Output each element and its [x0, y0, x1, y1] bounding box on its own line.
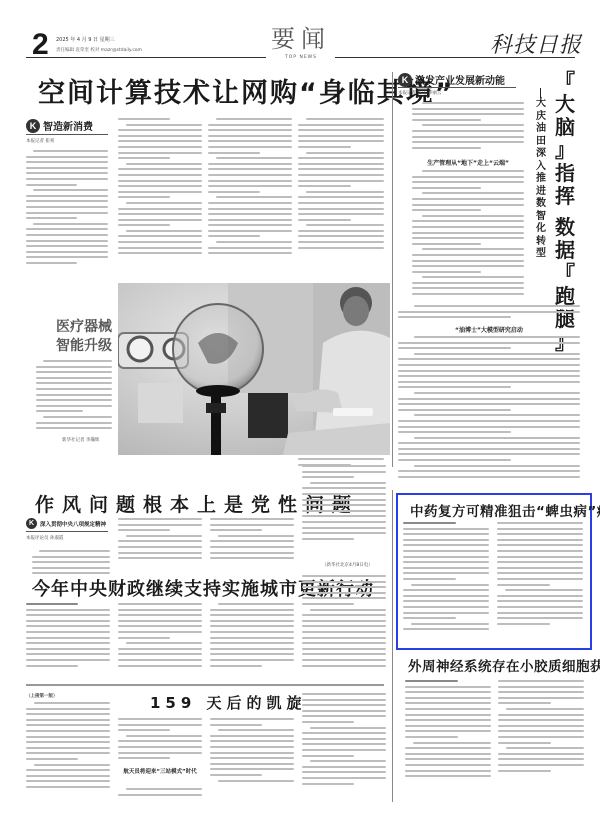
badge-underline [26, 134, 108, 135]
masthead-rule-left [26, 57, 266, 58]
return-text-col-4 [302, 693, 386, 801]
vertical-subheadline: 大 庆 油 田 深 入 推 进 数 智 化 转 型 [534, 98, 548, 261]
conduct-footer: （新华社北京4月8日电） [322, 562, 373, 568]
fiscal-text-col-1 [26, 603, 110, 675]
right-text-block-2 [412, 170, 524, 305]
return-headline[interactable]: 159 天后的凯旋 [150, 692, 307, 713]
fiscal-text-col-2 [118, 603, 202, 675]
neuro-headline[interactable]: 外周神经系统存在小胶质细胞获证实 [408, 655, 600, 675]
neuro-text-col-2 [498, 680, 584, 802]
lead-text-col-4 [298, 118, 384, 278]
continued-label: （上接第一版） [26, 693, 58, 699]
k-logo-icon: K [398, 73, 412, 87]
lead-byline: 本报记者 崔爽 [26, 138, 54, 144]
lead-badge-label: 智造新消费 [43, 118, 93, 133]
k-logo-icon: K [26, 119, 40, 133]
lead-text-col-1 [26, 150, 108, 275]
side-medical-text [36, 360, 112, 440]
column-divider [392, 490, 393, 802]
tcm-text-col-2 [497, 522, 583, 646]
right-text-block-3 [398, 305, 580, 327]
editor-line: 责任编辑 袁荣奎 校对 mazr@stdaily.com [56, 47, 142, 53]
section-title: 要闻 [266, 24, 336, 54]
badge-underline [398, 87, 516, 88]
right-byline: 本报记者 陈诺 李丽云 [398, 90, 441, 96]
badge-underline [26, 531, 108, 532]
return-text-col-2 [118, 718, 202, 763]
k-logo-icon: K [26, 518, 37, 529]
section-subtitle: TOP NEWS [266, 55, 336, 60]
conduct-byline: 本报评论员 孙淑霞 [26, 535, 63, 541]
section-divider [26, 684, 384, 686]
side-medical-title-line2: 智能升级 [30, 337, 112, 356]
return-subhead: 航天员将迎来“三站模式”时代 [118, 768, 202, 776]
conduct-section-badge: K 深入贯彻中央八项规定精神 [26, 518, 106, 529]
lead-section-badge: K 智造新消费 [26, 118, 93, 133]
lead-text-col-2 [118, 118, 202, 278]
lead-photo [118, 283, 390, 455]
column-divider [392, 72, 393, 467]
side-medical-byline: 新华社记者 李瀚辉 [62, 437, 99, 443]
page-number: 2 [32, 30, 49, 60]
fiscal-text-col-4 [302, 575, 386, 675]
date-line: 2025 年 4 月 9 日 星期三 [56, 36, 115, 43]
right-subhead-1: 生产管理从“地下”走上“云端” [412, 158, 524, 167]
right-section-badge: K 激发产业发展新动能 [398, 72, 505, 87]
tcm-text-col-1 [403, 522, 489, 646]
fiscal-text-col-3 [210, 603, 294, 675]
neuro-text-col-1 [405, 680, 491, 802]
right-badge-label: 激发产业发展新动能 [415, 72, 505, 87]
right-text-block-4 [398, 336, 580, 486]
right-text-block-1 [412, 102, 524, 162]
tcm-headline[interactable]: 中药复方可精准狙击“蜱虫病”病毒 [410, 500, 600, 520]
return-text-col-3 [210, 718, 294, 802]
side-medical-title-line1: 医疗器械 [30, 318, 112, 337]
vertical-dash [540, 88, 541, 98]
conduct-badge-label: 深入贯彻中央八项规定精神 [40, 520, 106, 528]
conduct-text-col-3 [210, 518, 294, 566]
newspaper-logo: 科技日报 [490, 28, 582, 59]
conduct-text-col-2 [118, 518, 202, 566]
lead-text-col-3 [208, 118, 292, 278]
right-subhead-2: “油博士”大模型研究启动 [398, 325, 580, 334]
conduct-text-col-4 [302, 465, 386, 565]
photo-man-with-holographic-display [118, 283, 390, 455]
return-text-col-1 [26, 702, 110, 802]
side-medical-title: 医疗器械 智能升级 [30, 318, 112, 356]
return-text-col-2b [118, 788, 202, 800]
